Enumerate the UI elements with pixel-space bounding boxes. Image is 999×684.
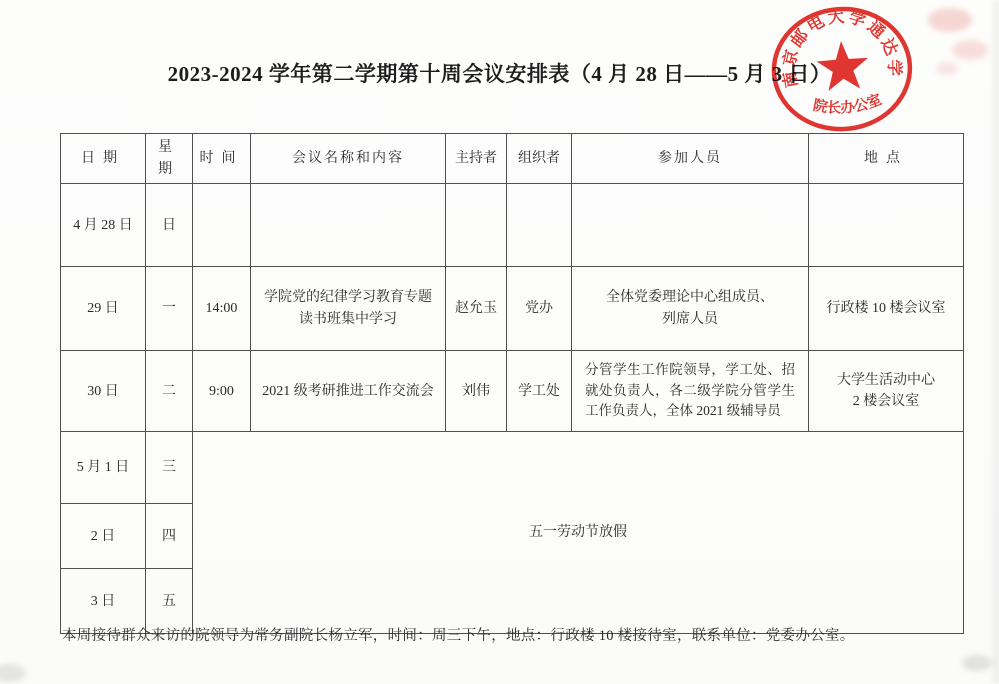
cell-date: 4 月 28 日 xyxy=(61,184,146,267)
col-header-location: 地点 xyxy=(809,134,964,184)
cell-time: 14:00 xyxy=(193,267,251,351)
cell-host: 赵允玉 xyxy=(446,267,507,351)
scan-artifact-red xyxy=(928,8,972,32)
cell-meeting: 学院党的纪律学习教育专题读书班集中学习 xyxy=(251,267,446,351)
seal-office-text: 院长办公室 xyxy=(810,90,885,119)
cell-organizer xyxy=(507,184,572,267)
col-header-meeting: 会议名称和内容 xyxy=(251,134,446,184)
cell-holiday: 五一劳动节放假 xyxy=(193,432,964,634)
cell-location: 大学生活动中心 2 楼会议室 xyxy=(809,351,964,432)
svg-text:院长办公室: 院长办公室 xyxy=(810,90,885,119)
cell-meeting xyxy=(251,184,446,267)
cell-date: 29 日 xyxy=(61,267,146,351)
col-header-time: 时间 xyxy=(193,134,251,184)
cell-participants: 分管学生工作院领导，学工处、招就处负责人，各二级学院分管学生工作负责人，全体 2… xyxy=(572,351,809,432)
table-header-row: 日期 星期 时间 会议名称和内容 主持者 组织者 参加人员 地点 xyxy=(61,134,964,184)
cell-week: 四 xyxy=(146,504,193,569)
col-header-organizer: 组织者 xyxy=(507,134,572,184)
cell-date: 5 月 1 日 xyxy=(61,432,146,504)
col-header-week: 星期 xyxy=(146,134,193,184)
cell-time xyxy=(193,184,251,267)
cell-time: 9:00 xyxy=(193,351,251,432)
cell-location: 行政楼 10 楼会议室 xyxy=(809,267,964,351)
cell-week: 二 xyxy=(146,351,193,432)
scanned-document-page: 2023-2024 学年第二学期第十周会议安排表（4 月 28 日——5 月 3… xyxy=(0,0,999,684)
table-row: 4 月 28 日 日 xyxy=(61,184,964,267)
cell-participants xyxy=(572,184,809,267)
col-header-date: 日期 xyxy=(61,134,146,184)
reception-note: 本周接待群众来访的院领导为常务副院长杨立军，时间：周三下午，地点：行政楼 10 … xyxy=(62,624,972,645)
cell-host xyxy=(446,184,507,267)
cell-week: 一 xyxy=(146,267,193,351)
col-header-host: 主持者 xyxy=(446,134,507,184)
cell-week: 日 xyxy=(146,184,193,267)
official-seal-icon: 南京邮电大学通达学院 院长办公室 xyxy=(764,0,923,141)
cell-host: 刘伟 xyxy=(446,351,507,432)
scan-artifact-gray xyxy=(962,655,992,671)
star-icon xyxy=(815,39,870,91)
table-row: 5 月 1 日 三 五一劳动节放假 xyxy=(61,432,964,504)
scan-artifact-edge xyxy=(991,0,999,684)
cell-location xyxy=(809,184,964,267)
table-row: 30 日 二 9:00 2021 级考研推进工作交流会 刘伟 学工处 分管学生工… xyxy=(61,351,964,432)
cell-organizer: 党办 xyxy=(507,267,572,351)
cell-week: 三 xyxy=(146,432,193,504)
cell-date: 2 日 xyxy=(61,504,146,569)
table-row: 29 日 一 14:00 学院党的纪律学习教育专题读书班集中学习 赵允玉 党办 … xyxy=(61,267,964,351)
cell-organizer: 学工处 xyxy=(507,351,572,432)
scan-artifact-red xyxy=(952,40,988,60)
cell-date: 30 日 xyxy=(61,351,146,432)
cell-meeting: 2021 级考研推进工作交流会 xyxy=(251,351,446,432)
meeting-schedule-table: 日期 星期 时间 会议名称和内容 主持者 组织者 参加人员 地点 4 月 28 … xyxy=(60,133,964,634)
cell-participants: 全体党委理论中心组成员、列席人员 xyxy=(572,267,809,351)
scan-artifact-gray xyxy=(0,664,26,682)
